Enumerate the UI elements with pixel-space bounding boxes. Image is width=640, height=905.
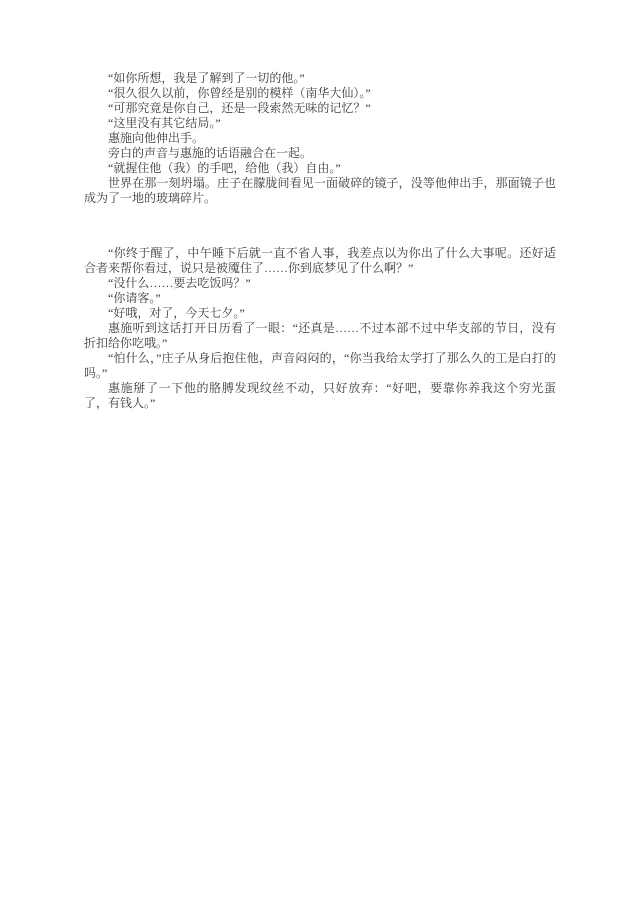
paragraph: 世界在那一刻坍塌。庄子在朦胧间看见一面破碎的镜子，没等他伸出手，那面镜子也成为了…: [84, 176, 556, 206]
paragraph: “你终于醒了，中午睡下后就一直不省人事，我差点以为你出了什么大事呢。还好适合者来…: [84, 246, 556, 276]
paragraph: 惠施向他伸出手。: [84, 131, 556, 146]
paragraph: “好哦，对了，今天七夕。”: [84, 306, 556, 321]
paragraph: 旁白的声音与惠施的话语融合在一起。: [84, 146, 556, 161]
paragraph: “这里没有其它结局。”: [84, 116, 556, 131]
scene-section-2: “你终于醒了，中午睡下后就一直不省人事，我差点以为你出了什么大事呢。还好适合者来…: [84, 246, 556, 411]
paragraph: “可那究竟是你自己，还是一段索然无味的记忆？”: [84, 101, 556, 116]
paragraph: “就握住他（我）的手吧，给他（我）自由。”: [84, 161, 556, 176]
paragraph: “很久很久以前，你曾经是别的模样（南华大仙）。”: [84, 86, 556, 101]
scene-section-1: “如你所想，我是了解到了一切的他。” “很久很久以前，你曾经是别的模样（南华大仙…: [84, 71, 556, 206]
paragraph: 惠施听到这话打开日历看了一眼：“还真是……不过本部不过中华支部的节日，没有折扣给…: [84, 321, 556, 351]
paragraph: “你请客。”: [84, 291, 556, 306]
paragraph: 惠施掰了一下他的胳膊发现纹丝不动，只好放弃：“好吧，要靠你养我这个穷光蛋了，有钱…: [84, 381, 556, 411]
paragraph: “如你所想，我是了解到了一切的他。”: [84, 71, 556, 86]
paragraph: “没什么……要去吃饭吗？”: [84, 276, 556, 291]
document-page: “如你所想，我是了解到了一切的他。” “很久很久以前，你曾经是别的模样（南华大仙…: [84, 0, 556, 411]
paragraph: “怕什么，”庄子从身后抱住他，声音闷闷的，“你当我给太学打了那么久的工是白打的吗…: [84, 351, 556, 381]
